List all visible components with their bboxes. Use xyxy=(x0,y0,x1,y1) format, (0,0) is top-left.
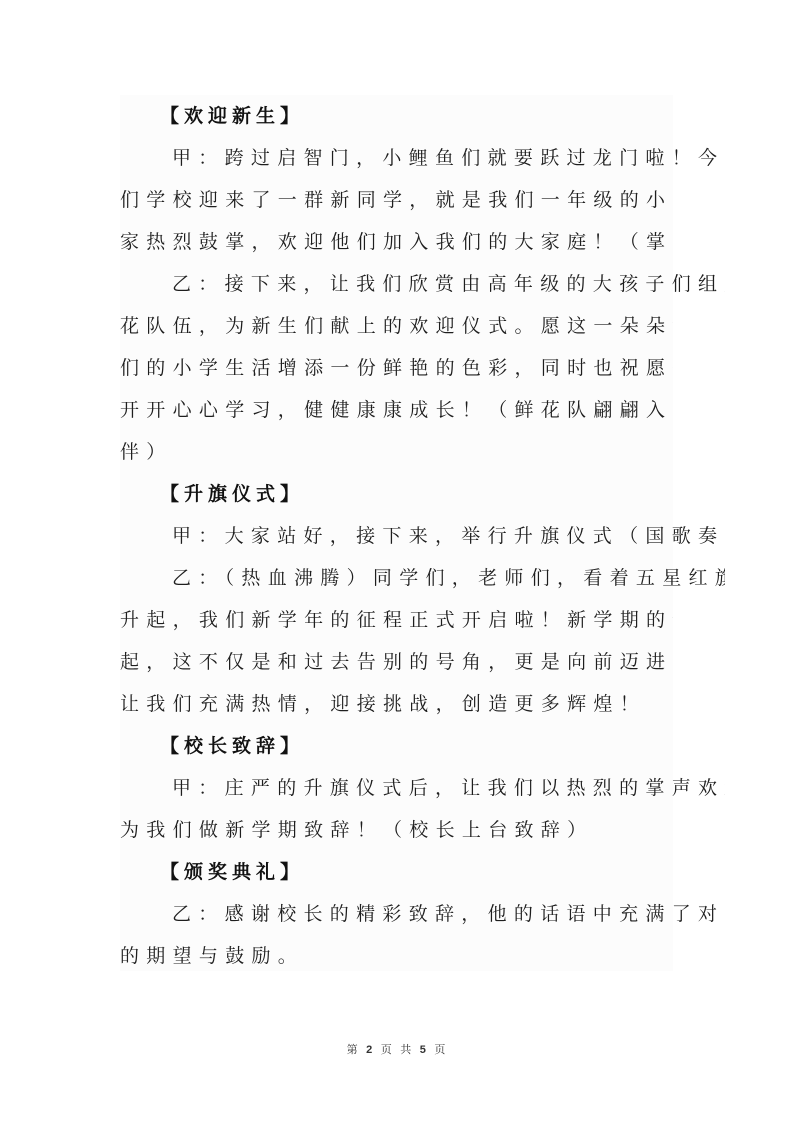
footer-suffix: 页 xyxy=(434,1043,446,1056)
paragraph-line: 乙：感谢校长的精彩致辞，他的话语中充满了对同学们 xyxy=(120,893,725,935)
paragraph-line: 甲：跨过启智门，小鲤鱼们就要跃过龙门啦！今天，我 xyxy=(120,137,725,179)
section-heading-welcome: 【欢迎新生】 xyxy=(120,95,713,137)
paragraph-line: 伴） xyxy=(120,431,673,473)
paragraph-line: 们学校迎来了一群新同学，就是我们一年级的小豆包们。大 xyxy=(120,179,673,221)
page-footer: 第 2 页 共 5 页 xyxy=(0,1041,793,1057)
paragraph-line: 花队伍，为新生们献上的欢迎仪式。愿这一朵朵鲜花，为你 xyxy=(120,305,673,347)
section-heading-award-ceremony: 【颁奖典礼】 xyxy=(120,851,713,893)
paragraph-line: 甲：庄严的升旗仪式后，让我们以热烈的掌声欢迎校长 xyxy=(120,767,725,809)
paragraph-line: 起，这不仅是和过去告别的号角，更是向前迈进的集结号！ xyxy=(120,641,673,683)
paragraph-line: 们的小学生活增添一份鲜艳的色彩，同时也祝愿你们在这里 xyxy=(120,347,673,389)
paragraph-line: 甲：大家站好，接下来，举行升旗仪式（国歌奏响） xyxy=(120,515,725,557)
footer-middle: 页 共 xyxy=(381,1043,413,1056)
current-page-number: 2 xyxy=(366,1044,373,1056)
paragraph-line: 升起，我们新学年的征程正式开启啦！新学期的钟声已经响 xyxy=(120,599,673,641)
section-heading-principal-speech: 【校长致辞】 xyxy=(120,725,713,767)
paragraph-line: 为我们做新学期致辞！（校长上台致辞） xyxy=(120,809,673,851)
paragraph-line: 的期望与鼓励。 xyxy=(120,935,673,977)
footer-prefix: 第 xyxy=(347,1043,359,1056)
paragraph-line: 让我们充满热情，迎接挑战，创造更多辉煌！ xyxy=(120,683,673,725)
script-content: 【欢迎新生】 甲：跨过启智门，小鲤鱼们就要跃过龙门啦！今天，我 们学校迎来了一群… xyxy=(120,95,673,971)
section-heading-flag-raising: 【升旗仪式】 xyxy=(120,473,713,515)
document-page: 【欢迎新生】 甲：跨过启智门，小鲤鱼们就要跃过龙门啦！今天，我 们学校迎来了一群… xyxy=(0,0,793,1122)
paragraph-line: 家热烈鼓掌，欢迎他们加入我们的大家庭！（掌声炸裂） xyxy=(120,221,673,263)
paragraph-line: 乙：接下来，让我们欣赏由高年级的大孩子们组成的鲜 xyxy=(120,263,725,305)
paragraph-line: 乙：（热血沸腾）同学们，老师们，看着五星红旗慢慢 xyxy=(120,557,725,599)
total-page-count: 5 xyxy=(420,1044,427,1056)
paragraph-line: 开开心心学习，健健康康成长！（鲜花队翩翩入场，音乐相 xyxy=(120,389,673,431)
